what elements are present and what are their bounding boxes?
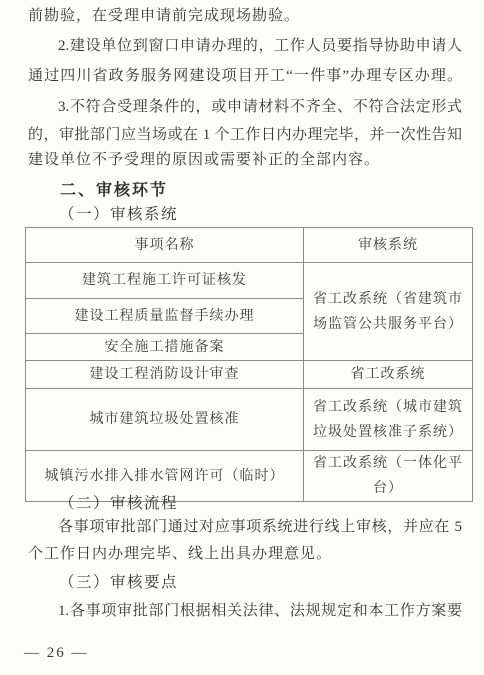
subsection-heading-3: （三）审核要点 [59, 570, 178, 592]
system-cell-5: 省工改系统（城市建筑垃圾处置核准子系统） [304, 389, 473, 451]
section-heading-2: 二、审核环节 [60, 177, 168, 200]
item-cell-1: 建筑工程施工许可证核发 [26, 263, 304, 299]
flow-line-1: 各事项审批部门通过对应事项系统进行线上审核，并应在 5 [28, 517, 462, 538]
system-cell-merged: 省工改系统（省建筑市场监管公共服务平台） [304, 263, 473, 361]
review-system-table: 事项名称 审核系统 建筑工程施工许可证核发 省工改系统（省建筑市场监管公共服务平… [25, 227, 473, 502]
body-line-1: 前勘验，在受理申请前完成现场勘验。 [28, 6, 462, 27]
body-line-6: 建设单位不予受理的原因或需要补正的全部内容。 [28, 150, 462, 171]
body-line-3: 通过四川省政务服务网建设项目开工“一件事”办理专区办理。 [28, 66, 462, 87]
document-page: 前勘验，在受理申请前完成现场勘验。 2.建设单位到窗口申请办理的，工作人员要指导… [0, 0, 484, 675]
page-number: — 26 — [24, 645, 89, 662]
system-cell-4: 省工改系统 [304, 361, 473, 389]
flow-line-2: 个工作日内办理完毕、线上出具办理意见。 [28, 544, 462, 565]
item-cell-5: 城市建筑垃圾处置核准 [26, 389, 304, 451]
item-cell-4: 建设工程消防设计审查 [26, 361, 304, 389]
body-line-2: 2.建设单位到窗口申请办理的，工作人员要指导协助申请人 [28, 36, 462, 57]
table-header-row: 事项名称 审核系统 [26, 228, 473, 263]
body-line-4: 3.不符合受理条件的，或申请材料不齐全、不符合法定形式 [28, 97, 462, 118]
system-cell-6: 省工改系统（一体化平台） [304, 451, 473, 502]
subsection-heading-2: （二）审核流程 [59, 491, 178, 513]
table-row: 城市建筑垃圾处置核准 省工改系统（城市建筑垃圾处置核准子系统） [26, 389, 473, 451]
subsection-heading-1: （一）审核系统 [59, 202, 178, 224]
body-line-5: 的，审批部门应当场或在 1 个工作日内办理完毕，并一次性告知 [28, 125, 462, 146]
table-header-item: 事项名称 [26, 228, 304, 263]
item-cell-3: 安全施工措施备案 [26, 334, 304, 361]
points-line-1: 1.各事项审批部门根据相关法律、法规规定和本工作方案要 [28, 601, 462, 622]
table-header-system: 审核系统 [304, 228, 473, 263]
table-row: 建设工程消防设计审查 省工改系统 [26, 361, 473, 389]
item-cell-2: 建设工程质量监督手续办理 [26, 299, 304, 334]
table-row: 建筑工程施工许可证核发 省工改系统（省建筑市场监管公共服务平台） [26, 263, 473, 299]
